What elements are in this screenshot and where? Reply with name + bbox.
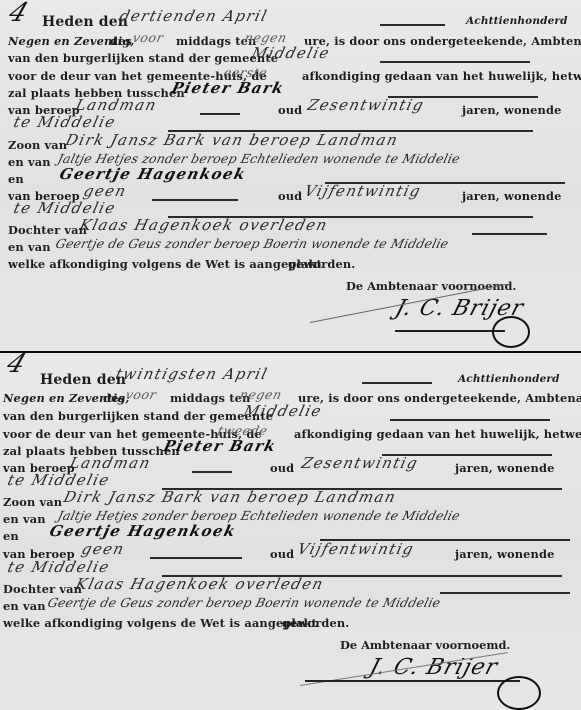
printed-geworden: geworden. [288, 257, 355, 271]
handwritten-date: twintigsten April [114, 365, 270, 383]
handwritten-date: dertienden April [118, 7, 270, 25]
fill-rule [380, 24, 445, 26]
printed-zoon-van: Zoon van [3, 495, 62, 509]
line-welke: welke afkondiging volgens de Wet is aang… [0, 612, 581, 634]
printed-oud: oud [278, 103, 302, 117]
printed-jaren-wonende: jaren, wonende [462, 103, 562, 117]
printed-ure: ure, is door ons ondergeteekende, Ambten… [304, 34, 581, 48]
printed-oud-2: oud [270, 547, 294, 561]
printed-en-van: en van [8, 155, 51, 169]
printed-des: des [103, 391, 125, 405]
fill-rule [390, 419, 550, 421]
fill-rule [362, 382, 432, 384]
handwritten-bride-occupation: geen [82, 182, 129, 200]
handwritten-bride-mother: Geertje de Geus zonder beroep Boerin won… [46, 595, 442, 610]
printed-heden-den: Heden den [42, 14, 128, 30]
handwritten-des-time: voor [124, 387, 158, 402]
printed-jaren-wonende-2: jaren, wonende [455, 547, 555, 561]
handwritten-groom-name: Pieter Bark [162, 437, 279, 455]
fill-rule [200, 113, 240, 115]
handwritten-hour: negen [238, 387, 284, 402]
printed-welke-afkondiging: welke afkondiging volgens de Wet is aang… [8, 257, 322, 271]
handwritten-groom-father: Dirk Jansz Bark van beroep Landman [62, 488, 399, 506]
printed-dochter-van: Dochter van [8, 223, 87, 237]
printed-oud-2: oud [278, 189, 302, 203]
fill-rule [150, 557, 242, 559]
line-welke: welke afkondiging volgens de Wet is aang… [0, 253, 581, 275]
handwritten-gemeente: Middelie [250, 44, 332, 62]
handwritten-afkondiging-number: eerste [222, 65, 269, 80]
printed-zoon-van: Zoon van [8, 138, 67, 152]
handwritten-hour: negen [243, 30, 289, 45]
printed-burgerlijken: van den burgerlijken stand der gemeente [8, 51, 278, 65]
printed-welke-afkondiging: welke afkondiging volgens de Wet is aang… [3, 616, 317, 630]
handwritten-bride-occupation: geen [80, 540, 127, 558]
printed-burgerlijken: van den burgerlijken stand der gemeente [3, 409, 273, 423]
printed-heden-den: Heden den [40, 372, 126, 388]
line-heden: Heden den dertienden April Achttienhonde… [0, 10, 581, 32]
printed-en: en [8, 172, 24, 186]
handwritten-groom-residence: te Middelie [12, 113, 118, 131]
handwritten-bride-name: Geertje Hagenkoek [58, 165, 248, 183]
handwritten-groom-age: Zesentwintig [300, 454, 421, 472]
printed-en: en [3, 529, 19, 543]
printed-des: des [110, 34, 132, 48]
signature-underline [395, 330, 505, 332]
handwritten-bride-mother: Geertje de Geus zonder beroep Boerin won… [54, 236, 450, 251]
fill-rule [380, 61, 530, 63]
signature-flourish [492, 316, 530, 348]
record-1: 4 Heden den dertienden April Achttienhon… [0, 0, 581, 351]
handwritten-groom-name: Pieter Bark [170, 79, 287, 97]
printed-geworden: geworden. [282, 616, 349, 630]
handwritten-bride-residence: te Middelie [12, 199, 118, 217]
handwritten-groom-occupation: Landman [74, 96, 159, 114]
handwritten-groom-residence: te Middelie [6, 471, 112, 489]
signature: J. C. Brijer [366, 655, 500, 680]
handwritten-groom-mother: Jaltje Hetjes zonder beroep Echtelieden … [56, 508, 462, 523]
handwritten-groom-father: Dirk Jansz Bark van beroep Landman [64, 131, 401, 149]
handwritten-groom-mother: Jaltje Hetjes zonder beroep Echtelieden … [56, 151, 462, 166]
printed-ure: ure, is door ons ondergeteekende, Ambten… [298, 391, 581, 405]
printed-en-van-2: en van [8, 240, 51, 254]
fill-rule [472, 233, 547, 235]
printed-afkondiging-gedaan: afkondiging gedaan van het huwelijk, het… [294, 427, 581, 441]
handwritten-bride-father: Klaas Hagenkoek overleden [74, 575, 326, 593]
printed-ambtenaar-voornoemd: De Ambtenaar voornoemd. [340, 638, 510, 652]
signature-underline [305, 680, 520, 682]
handwritten-gemeente: Middelie [242, 402, 324, 420]
handwritten-afkondiging-number: tweede [216, 423, 269, 438]
printed-oud: oud [270, 461, 294, 475]
printed-en-van-2: en van [3, 599, 46, 613]
handwritten-groom-age: Zesentwintig [306, 96, 427, 114]
handwritten-bride-name: Geertje Hagenkoek [48, 522, 238, 540]
record-2: 4 Heden den twintigsten April Achttienho… [0, 353, 581, 710]
handwritten-bride-father: Klaas Hagenkoek overleden [78, 216, 330, 234]
printed-afkondiging-gedaan: afkondiging gedaan van het huwelijk, het… [302, 69, 581, 83]
printed-jaren-wonende-2: jaren, wonende [462, 189, 562, 203]
handwritten-bride-age: Vijfentwintig [296, 540, 417, 558]
handwritten-bride-age: Vijfentwintig [303, 182, 424, 200]
handwritten-groom-occupation: Landman [68, 454, 153, 472]
printed-jaren-wonende: jaren, wonende [455, 461, 555, 475]
handwritten-des-time: voor [131, 30, 165, 45]
fill-rule [440, 592, 570, 594]
printed-en-van: en van [3, 512, 46, 526]
printed-achttienhonderd: Achttienhonderd [458, 373, 560, 385]
fill-rule [152, 199, 238, 201]
handwritten-bride-residence: te Middelie [6, 558, 112, 576]
fill-rule [192, 471, 232, 473]
signature-flourish [497, 676, 541, 710]
printed-dochter-van: Dochter van [3, 582, 82, 596]
printed-achttienhonderd: Achttienhonderd [466, 15, 568, 27]
